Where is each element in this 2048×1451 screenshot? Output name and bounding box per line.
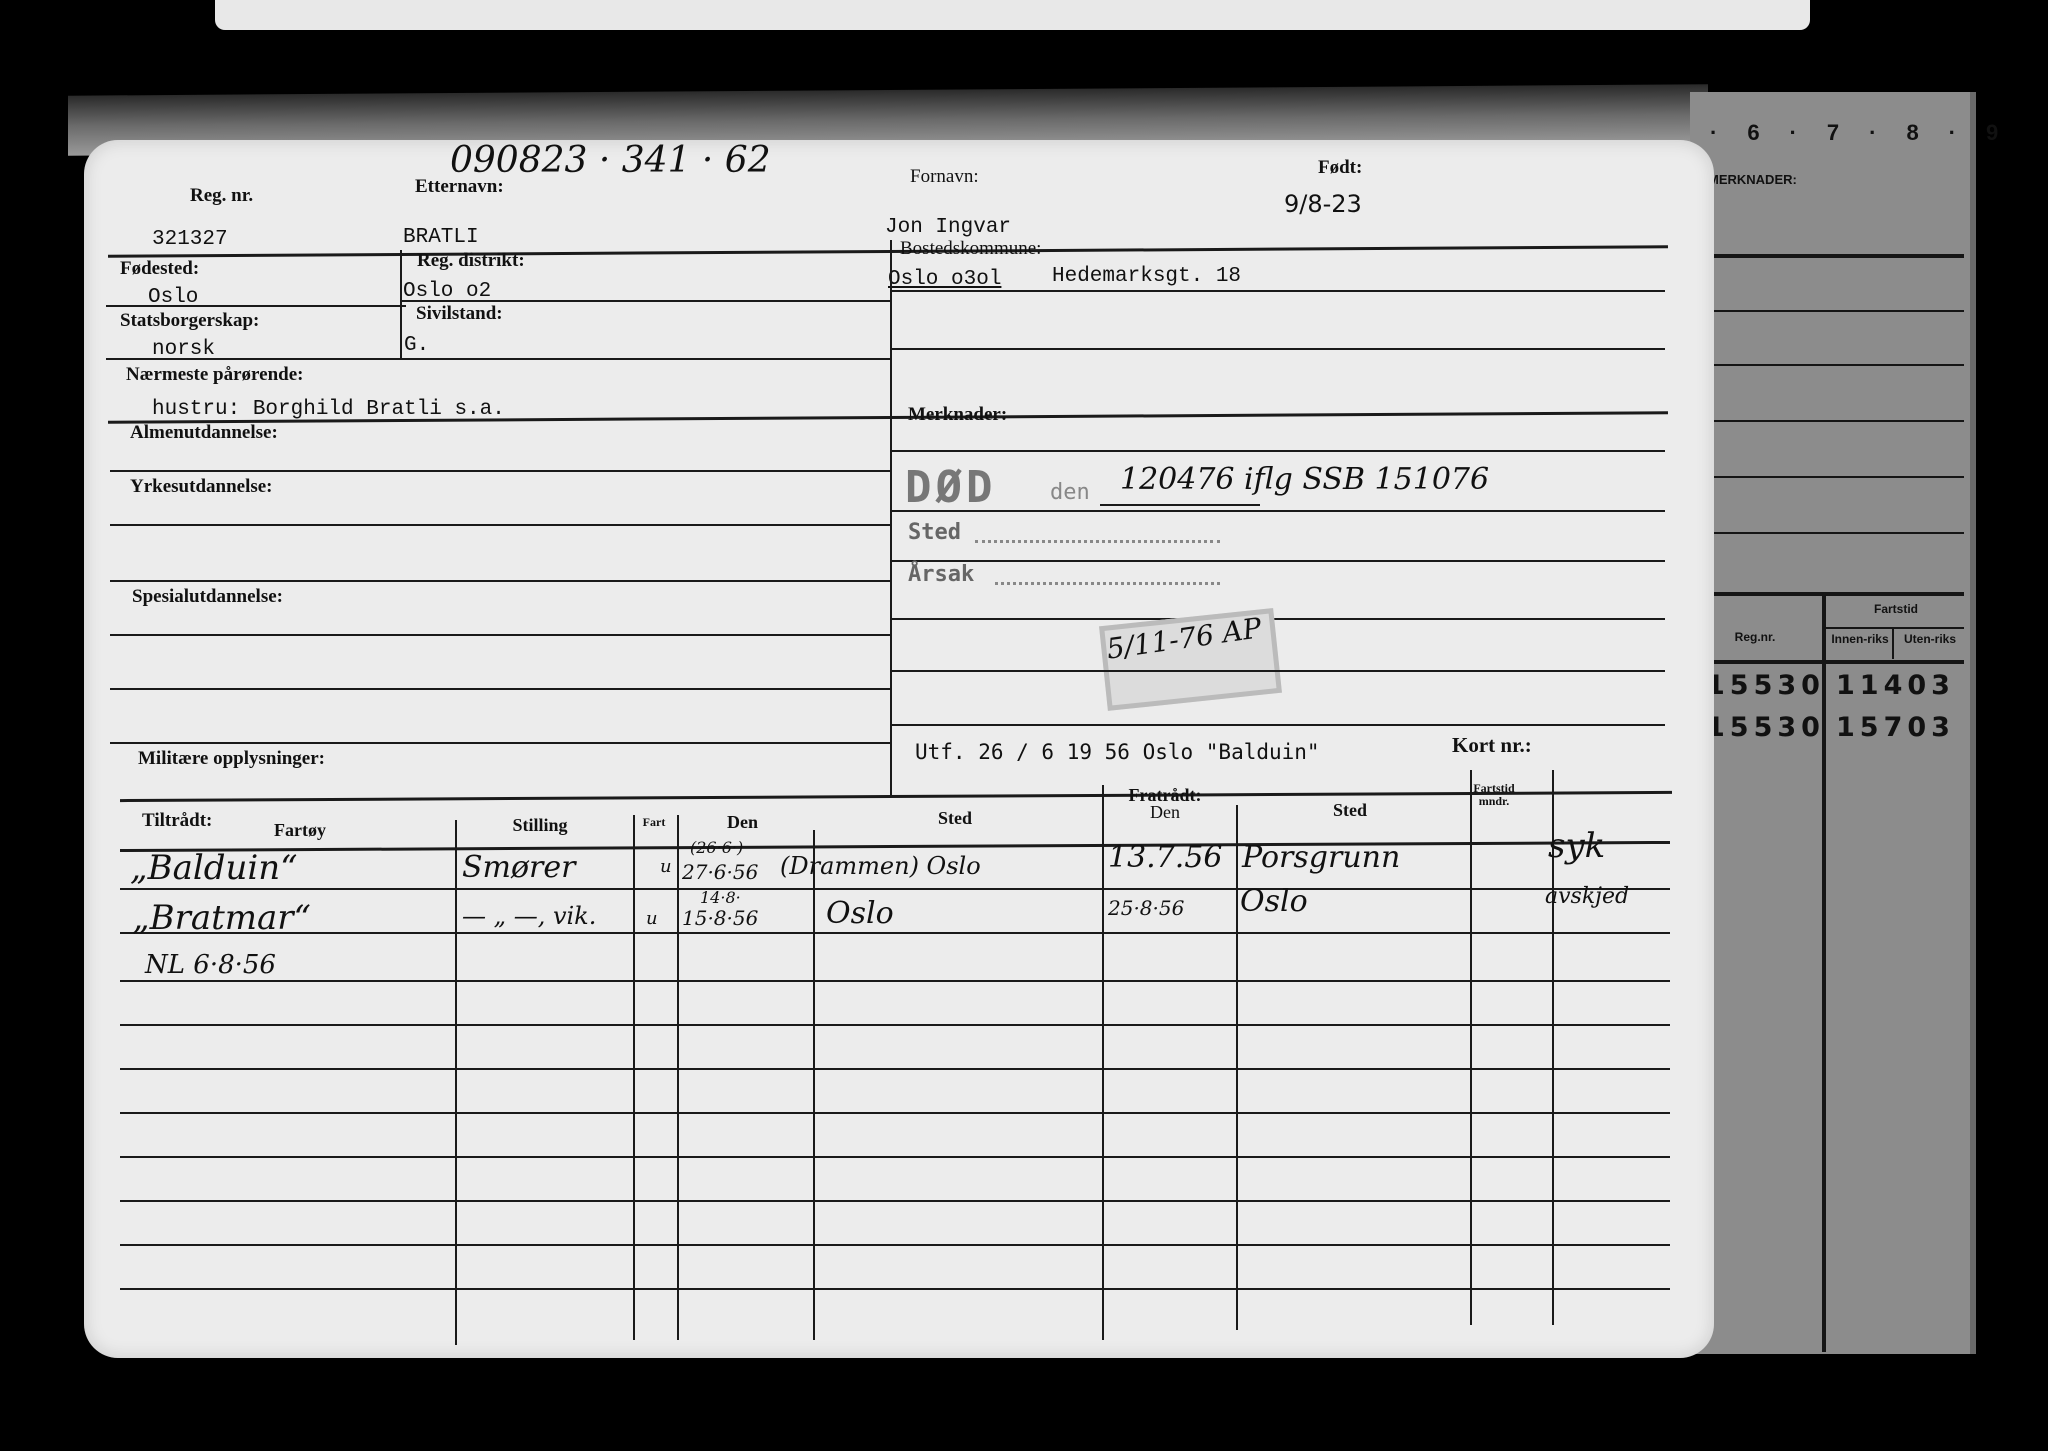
fartstid-header: Fartstid mndr. bbox=[1470, 782, 1518, 808]
stilling-header: Stilling bbox=[455, 815, 625, 836]
back-card-index-dots: ·6·7·8·9 bbox=[1710, 120, 2028, 146]
table-row-divider bbox=[120, 1068, 1670, 1070]
utf-text: Utf. 26 / 6 19 56 Oslo "Balduin" bbox=[915, 740, 1320, 764]
table-row-divider bbox=[120, 1244, 1670, 1246]
divider bbox=[1696, 254, 1964, 258]
reg-nr-value: 321327 bbox=[152, 228, 228, 251]
row2-fartoy: „Bratmar“ bbox=[132, 898, 311, 938]
spesialutdannelse-label: Spesialutdannelse: bbox=[132, 586, 283, 608]
back-card-merknader-label: MERKNADER: bbox=[1708, 172, 1797, 187]
divider bbox=[110, 580, 890, 582]
fodt-label: Født: bbox=[1318, 157, 1362, 179]
bostedskommune-label: Bostedskommune: bbox=[900, 238, 1041, 260]
table-row-divider bbox=[120, 888, 1670, 890]
back-reg-nr-value: 15530 bbox=[1706, 712, 1825, 743]
dod-date-text: 120476 iflg SSB 151076 bbox=[1120, 462, 1489, 497]
divider bbox=[1696, 476, 1964, 478]
divider bbox=[400, 300, 890, 302]
sted-header: Sted bbox=[815, 808, 1095, 829]
divider bbox=[890, 670, 1665, 672]
divider bbox=[890, 290, 1665, 292]
divider bbox=[1470, 770, 1472, 1325]
divider bbox=[890, 450, 1665, 452]
etternavn-value: BRATLI bbox=[403, 226, 479, 249]
naermeste-parorende-value: hustru: Borghild Bratli s.a. bbox=[152, 398, 505, 421]
table-row-divider bbox=[120, 980, 1670, 982]
divider bbox=[1822, 592, 1826, 1352]
row2-den-above: 14·8· bbox=[700, 888, 741, 907]
divider bbox=[455, 820, 457, 1345]
table-row-divider bbox=[120, 1112, 1670, 1114]
row1-fratradt-sted: Porsgrunn bbox=[1242, 840, 1400, 875]
row2-den: 15·8·56 bbox=[682, 906, 758, 930]
dod-stamp: DØD bbox=[905, 462, 996, 513]
divider bbox=[1696, 364, 1964, 366]
underline bbox=[1100, 504, 1260, 506]
divider bbox=[1696, 592, 1964, 596]
merknader-label: Merknader: bbox=[908, 404, 1007, 426]
back-fartstid-value: 11403 bbox=[1836, 670, 1955, 701]
divider bbox=[890, 510, 1665, 512]
divider bbox=[110, 524, 890, 526]
row2-merknad: avskjed bbox=[1545, 884, 1629, 909]
row1-den-above: (26·6·) bbox=[690, 838, 743, 857]
sivilstand-label: Sivilstand: bbox=[416, 303, 503, 325]
row1-den: 27·6·56 bbox=[682, 860, 758, 884]
back-card: ·6·7·8·9 MERKNADER: Reg.nr. Fartstid Inn… bbox=[1690, 92, 1976, 1354]
arsak-field bbox=[995, 582, 1220, 585]
row2-fratradt-sted: Oslo bbox=[1240, 884, 1308, 919]
divider bbox=[1826, 627, 1964, 629]
divider bbox=[1696, 532, 1964, 534]
fratradt-den-header: Den bbox=[1100, 802, 1230, 823]
fodt-value: 9/8-23 bbox=[1284, 190, 1362, 218]
reg-distrikt-label: Reg. distrikt: bbox=[417, 250, 525, 272]
divider bbox=[890, 618, 1665, 620]
row2-fratradt-den: 25·8·56 bbox=[1108, 896, 1184, 920]
row1-merknad: syk bbox=[1548, 826, 1605, 866]
card-header-number: 090823 · 341 · 62 bbox=[450, 140, 771, 181]
divider bbox=[110, 470, 890, 472]
naermeste-parorende-label: Nærmeste pårørende: bbox=[126, 364, 303, 386]
row1-fart: u bbox=[660, 856, 672, 877]
reg-nr-label: Reg. nr. bbox=[190, 185, 253, 207]
table-row-divider bbox=[120, 932, 1670, 934]
divider bbox=[106, 358, 891, 360]
back-reg-nr-header: Reg.nr. bbox=[1710, 630, 1800, 644]
den-header: Den bbox=[680, 812, 805, 833]
bostedskommune-value: Oslo o3ol bbox=[888, 268, 1001, 291]
divider bbox=[813, 830, 815, 1340]
tiltradt-label: Tiltrådt: bbox=[142, 810, 212, 832]
divider bbox=[1102, 785, 1104, 1340]
back-innenriks-header: Innen-riks bbox=[1830, 632, 1890, 646]
sivilstand-value: G. bbox=[404, 334, 429, 357]
fratradt-sted-header: Sted bbox=[1240, 800, 1460, 821]
row3-fartoy: NL 6·8·56 bbox=[145, 950, 276, 980]
divider bbox=[110, 634, 890, 636]
bostedskommune-address: Hedemarksgt. 18 bbox=[1052, 265, 1241, 288]
divider bbox=[890, 724, 1665, 726]
fornavn-label: Fornavn: bbox=[910, 166, 979, 188]
divider bbox=[633, 815, 635, 1340]
etternavn-label: Etternavn: bbox=[415, 176, 504, 198]
fodested-label: Fødested: bbox=[120, 258, 199, 280]
row2-fart: u bbox=[646, 908, 658, 929]
row1-fartoy: „Balduin“ bbox=[130, 848, 298, 888]
table-row-divider bbox=[120, 1200, 1670, 1202]
back-utenriks-header: Uten-riks bbox=[1900, 632, 1960, 646]
table-row-divider bbox=[120, 1156, 1670, 1158]
row1-sted: (Drammen) Oslo bbox=[780, 852, 981, 880]
militaere-opplysninger-label: Militære opplysninger: bbox=[138, 748, 325, 770]
fornavn-value: Jon Ingvar bbox=[885, 216, 1011, 239]
divider bbox=[106, 305, 406, 307]
row2-stilling: — „ —, vik. bbox=[462, 902, 596, 930]
yrkesutdannelse-label: Yrkesutdannelse: bbox=[130, 476, 273, 498]
divider bbox=[890, 560, 1665, 562]
table-row-divider bbox=[120, 1024, 1670, 1026]
row2-sted: Oslo bbox=[826, 896, 894, 931]
divider bbox=[1696, 310, 1964, 312]
statsborgerskap-label: Statsborgerskap: bbox=[120, 310, 259, 332]
divider bbox=[677, 815, 679, 1340]
previous-card-edge bbox=[215, 0, 1810, 30]
sted-field bbox=[975, 540, 1220, 543]
divider bbox=[890, 240, 892, 795]
divider bbox=[1696, 420, 1964, 422]
arsak-label: Årsak bbox=[908, 562, 974, 587]
table-row-divider bbox=[120, 1288, 1670, 1290]
divider bbox=[890, 348, 1665, 350]
row1-fratradt-den: 13.7.56 bbox=[1108, 840, 1223, 875]
row1-stilling: Smører bbox=[462, 850, 576, 885]
almenutdannelse-label: Almenutdannelse: bbox=[130, 422, 278, 444]
back-reg-nr-value: 15530 bbox=[1706, 670, 1825, 701]
back-fartstid-value: 15703 bbox=[1836, 712, 1955, 743]
kort-nr-label: Kort nr.: bbox=[1452, 733, 1532, 758]
fart-header: Fart bbox=[634, 815, 674, 830]
den-label: den bbox=[1050, 480, 1090, 505]
fartoy-header: Fartøy bbox=[240, 820, 360, 841]
divider bbox=[110, 742, 890, 744]
divider bbox=[110, 688, 890, 690]
divider bbox=[1696, 660, 1964, 664]
sted-label: Sted bbox=[908, 520, 961, 545]
divider bbox=[1892, 627, 1894, 659]
back-fartstid-header: Fartstid bbox=[1826, 602, 1966, 616]
